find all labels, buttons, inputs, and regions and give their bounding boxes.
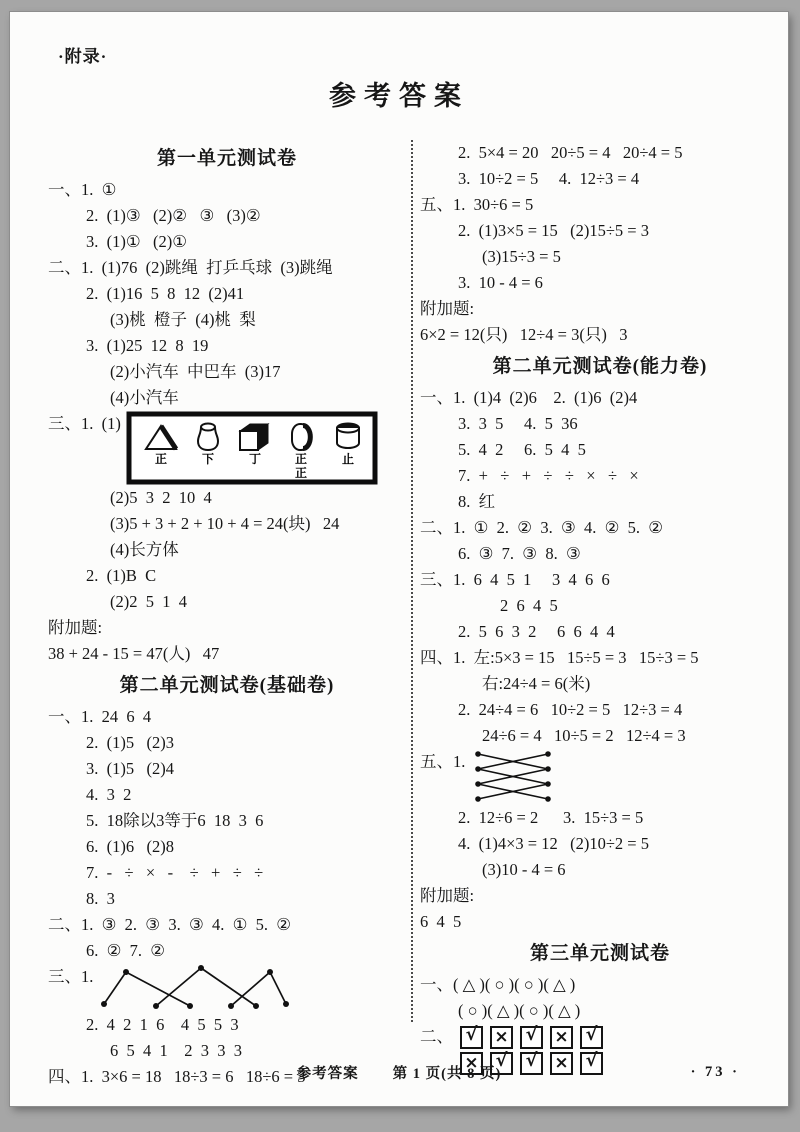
answer-line: ( ○ )( △ )( ○ )( △ ) bbox=[420, 998, 780, 1024]
line-prefix: 三、1. bbox=[48, 964, 93, 990]
checkbox-checked: √ bbox=[520, 1026, 543, 1049]
x-mark-icon: × bbox=[552, 1026, 571, 1048]
matching-lines-figure bbox=[98, 964, 293, 1012]
svg-text:丁: 丁 bbox=[249, 452, 261, 466]
check-mark-icon: √ bbox=[522, 1024, 541, 1046]
section-heading: 第二单元测试卷(能力卷) bbox=[420, 352, 780, 382]
answer-line: (3)15÷3 = 5 bbox=[420, 244, 780, 270]
answer-line: 右:24÷4 = 6(米) bbox=[420, 671, 780, 697]
answer-line: 7. - ÷ × - ÷ + ÷ ÷ bbox=[48, 860, 406, 886]
page-footer: 参考答案第 1 页(共 8 页) · 73 · bbox=[10, 1062, 788, 1086]
line-prefix: 五、1. bbox=[420, 749, 465, 775]
answer-line: 3. (1)25 12 8 19 bbox=[48, 333, 406, 359]
answer-line: 2. (1)16 5 8 12 (2)41 bbox=[48, 281, 406, 307]
checkbox-checked: √ bbox=[580, 1026, 603, 1049]
answer-line: 二、√×√×√ bbox=[420, 1024, 780, 1050]
answer-line: (2)小汽车 中巴车 (3)17 bbox=[48, 359, 406, 385]
column-divider bbox=[411, 140, 413, 1022]
answer-line: 2. 12÷6 = 2 3. 15÷3 = 5 bbox=[420, 805, 780, 831]
answer-line: 8. 红 bbox=[420, 489, 780, 515]
answer-line: 2. (1)③ (2)② ③ (3)② bbox=[48, 203, 406, 229]
answer-line: (3)桃 橙子 (4)桃 梨 bbox=[48, 307, 406, 333]
answer-line: 2 6 4 5 bbox=[420, 593, 780, 619]
tally-chart-figure: 正下丁正正止 bbox=[126, 411, 378, 485]
answer-line: 二、1. (1)76 (2)跳绳 打乒乓球 (3)跳绳 bbox=[48, 255, 406, 281]
answer-line: 五、1. 30÷6 = 5 bbox=[420, 192, 780, 218]
answer-line: 24÷6 = 4 10÷5 = 2 12÷4 = 3 bbox=[420, 723, 780, 749]
answer-line: (3)10 - 4 = 6 bbox=[420, 857, 780, 883]
answer-line: 4. 3 2 bbox=[48, 782, 406, 808]
answer-line: 一、( △ )( ○ )( ○ )( △ ) bbox=[420, 972, 780, 998]
answer-line: 3. 10÷2 = 5 4. 12÷3 = 4 bbox=[420, 166, 780, 192]
cube-icon bbox=[240, 424, 268, 450]
answer-line: 2. 5 6 3 2 6 6 4 4 bbox=[420, 619, 780, 645]
matching-cross-figure bbox=[470, 749, 558, 805]
answer-line: (4)小汽车 bbox=[48, 385, 406, 411]
answer-line: 6. (1)6 (2)8 bbox=[48, 834, 406, 860]
svg-text:止: 止 bbox=[342, 452, 354, 466]
corner-label: ·附录· bbox=[58, 42, 107, 67]
answer-line: 6. ② 7. ② bbox=[48, 938, 406, 964]
answer-line: 6×2 = 12(只) 12÷4 = 3(只) 3 bbox=[420, 322, 780, 348]
answer-line: 3. (1)5 (2)4 bbox=[48, 756, 406, 782]
answer-line: 四、1. 左:5×3 = 15 15÷5 = 3 15÷3 = 5 bbox=[420, 645, 780, 671]
answer-line: (2)2 5 1 4 bbox=[48, 589, 406, 615]
answer-line: (2)5 3 2 10 4 bbox=[48, 485, 406, 511]
answer-line: 6 4 5 bbox=[420, 909, 780, 935]
answer-line: 7. + ÷ + ÷ ÷ × ÷ × bbox=[420, 463, 780, 489]
answer-line: 3. 10 - 4 = 6 bbox=[420, 270, 780, 296]
answer-line: 三、1. bbox=[48, 964, 406, 1012]
answer-line: 附加题: bbox=[420, 883, 780, 909]
left-column: 第一单元测试卷一、1. ①2. (1)③ (2)② ③ (3)②3. (1)① … bbox=[48, 140, 406, 1090]
answer-line: 4. (1)4×3 = 12 (2)10÷2 = 5 bbox=[420, 831, 780, 857]
footer-page-info: 第 1 页(共 8 页) bbox=[393, 1066, 502, 1082]
answer-line: 一、1. 24 6 4 bbox=[48, 704, 406, 730]
right-column: 2. 5×4 = 20 20÷5 = 4 20÷4 = 53. 10÷2 = 5… bbox=[420, 140, 780, 1076]
footer-center: 参考答案第 1 页(共 8 页) bbox=[10, 1062, 788, 1083]
checkbox-crossed: × bbox=[550, 1026, 573, 1049]
footer-book-label: 参考答案 bbox=[297, 1066, 359, 1082]
answer-line: 附加题: bbox=[48, 615, 406, 641]
answer-line: 5. 18除以3等于6 18 3 6 bbox=[48, 808, 406, 834]
checkbox-crossed: × bbox=[490, 1026, 513, 1049]
answer-line: 附加题: bbox=[420, 296, 780, 322]
line-prefix: 三、1. (1) bbox=[48, 411, 121, 437]
answer-line: 2. 4 2 1 6 4 5 5 3 bbox=[48, 1012, 406, 1038]
answer-line: 2. 5×4 = 20 20÷5 = 4 20÷4 = 5 bbox=[420, 140, 780, 166]
line-prefix: 二、 bbox=[420, 1024, 460, 1050]
answer-line: 8. 3 bbox=[48, 886, 406, 912]
answer-line: 五、1. bbox=[420, 749, 780, 805]
answer-line: 2. (1)3×5 = 15 (2)15÷5 = 3 bbox=[420, 218, 780, 244]
answer-line: 一、1. (1)4 (2)6 2. (1)6 (2)4 bbox=[420, 385, 780, 411]
answer-line: 6. ③ 7. ③ 8. ③ bbox=[420, 541, 780, 567]
answer-line: 二、1. ③ 2. ③ 3. ③ 4. ① 5. ② bbox=[48, 912, 406, 938]
answer-line: 3. (1)① (2)① bbox=[48, 229, 406, 255]
footer-page-number: · 73 · bbox=[691, 1064, 740, 1081]
answer-line: 5. 4 2 6. 5 4 5 bbox=[420, 437, 780, 463]
answer-line: 6 5 4 1 2 3 3 3 bbox=[48, 1038, 406, 1064]
section-heading: 第三单元测试卷 bbox=[420, 939, 780, 969]
svg-text:正: 正 bbox=[295, 451, 307, 466]
answer-line: 一、1. ① bbox=[48, 177, 406, 203]
section-heading: 第一单元测试卷 bbox=[48, 144, 406, 174]
answer-line: (3)5 + 3 + 2 + 10 + 4 = 24(块) 24 bbox=[48, 511, 406, 537]
answer-line: 2. (1)B C bbox=[48, 563, 406, 589]
check-mark-icon: √ bbox=[582, 1024, 601, 1046]
answer-line: 3. 3 5 4. 5 36 bbox=[420, 411, 780, 437]
svg-text:下: 下 bbox=[202, 451, 214, 466]
section-heading: 第二单元测试卷(基础卷) bbox=[48, 671, 406, 701]
checkbox-checked: √ bbox=[460, 1026, 483, 1049]
page-title: 参考答案 bbox=[10, 74, 788, 113]
answer-line: (4)长方体 bbox=[48, 537, 406, 563]
svg-text:正: 正 bbox=[295, 465, 307, 480]
x-mark-icon: × bbox=[492, 1026, 511, 1048]
svg-text:正: 正 bbox=[155, 451, 167, 466]
answer-line: 三、1. (1)正下丁正正止 bbox=[48, 411, 406, 485]
answer-line: 二、1. ① 2. ② 3. ③ 4. ② 5. ② bbox=[420, 515, 780, 541]
answer-line: 三、1. 6 4 5 1 3 4 6 6 bbox=[420, 567, 780, 593]
answer-line: 2. (1)5 (2)3 bbox=[48, 730, 406, 756]
check-mark-icon: √ bbox=[462, 1024, 481, 1046]
answer-line: 2. 24÷4 = 6 10÷2 = 5 12÷3 = 4 bbox=[420, 697, 780, 723]
answer-page: ·附录· 参考答案 第一单元测试卷一、1. ①2. (1)③ (2)② ③ (3… bbox=[10, 12, 788, 1106]
answer-line: 38 + 24 - 15 = 47(人) 47 bbox=[48, 641, 406, 667]
